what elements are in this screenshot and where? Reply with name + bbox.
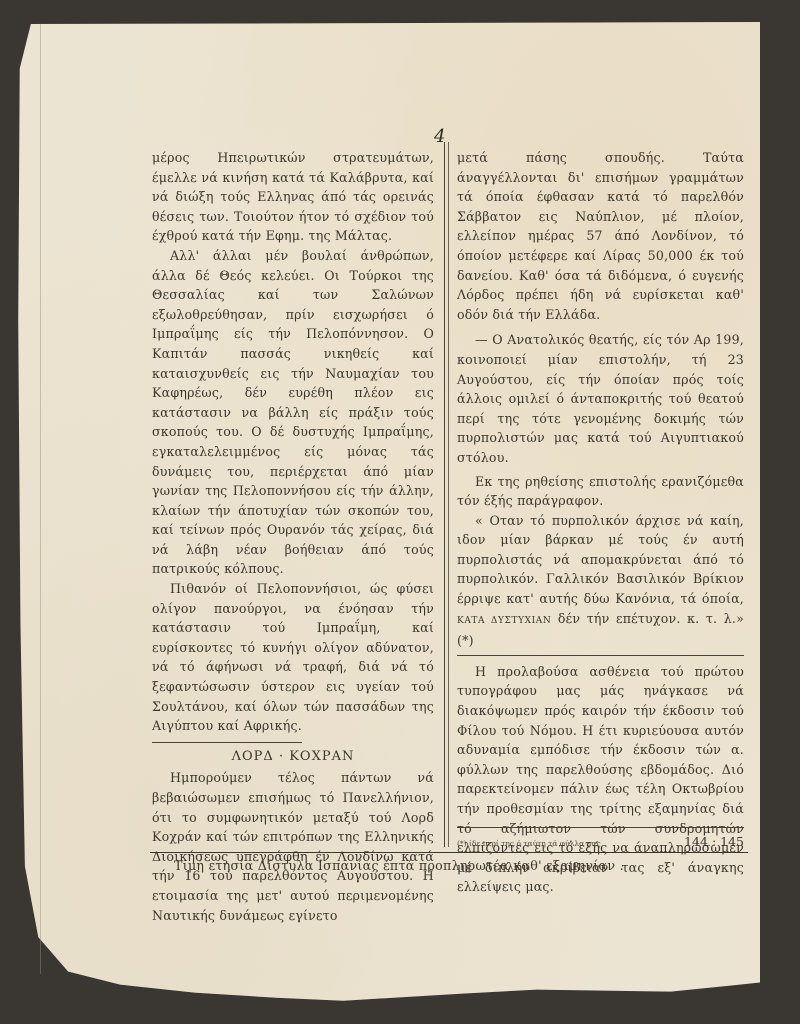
paragraph: Πιθανόν οί Πελοποννήσιοι, ώς φύσει ολίγο… (152, 579, 434, 736)
footnote-pages: 144 : 145 (684, 834, 744, 849)
footnote: (*) ίδε περί της ό ταύτη τά φύλλα μας 14… (457, 834, 744, 849)
paragraph: — Ο Ανατολικός θεατής, είς τόν Αρ 199, κ… (457, 330, 744, 467)
quote-paragraph: « Οταν τό πυρπολικόν άρχισε νά καίη, ιδο… (457, 511, 744, 651)
right-column: μετά πάσης σπουδής. Ταύτα άναγγέλλονται … (457, 148, 744, 897)
left-column: μέρος Ηπειρωτικών στρατευμάτων, έμελλε ν… (152, 148, 434, 925)
footer-rule (150, 852, 748, 853)
subscription-price-line: Τιμή ετησία Δίστυλα Ισπανίας έπτά προπλη… (174, 858, 734, 873)
quote-smallcaps: ΚΑΤΑ ΔΥΣΤΥΧΙΑΝ (457, 616, 551, 626)
section-title: ΛΟΡΔ · ΚΟΧΡΑΝ (152, 747, 434, 767)
column-divider (444, 142, 449, 847)
paragraph: μέρος Ηπειρωτικών στρατευμάτων, έμελλε ν… (152, 148, 434, 246)
paragraph: Ημπορούμεν τέλος πάντων νά βεβαιώσωμεν ε… (152, 768, 434, 925)
paragraph: Αλλ' άλλαι μέν βουλαί άνθρώπων, άλλα δέ … (152, 246, 434, 579)
footnote-rule (457, 827, 744, 828)
section-rule (457, 655, 744, 656)
paragraph: μετά πάσης σπουδής. Ταύτα άναγγέλλονται … (457, 148, 744, 324)
quote-text: « Οταν τό πυρπολικόν άρχισε νά καίη, ιδο… (457, 513, 744, 606)
section-rule (152, 742, 302, 743)
paragraph: Εκ της ρηθείσης επιστολής ερανιζόμεθα τό… (457, 472, 744, 511)
footnote-text: (*) ίδε περί της ό ταύτη τά φύλλα μας (457, 839, 601, 848)
page-binding-edge (40, 24, 41, 974)
